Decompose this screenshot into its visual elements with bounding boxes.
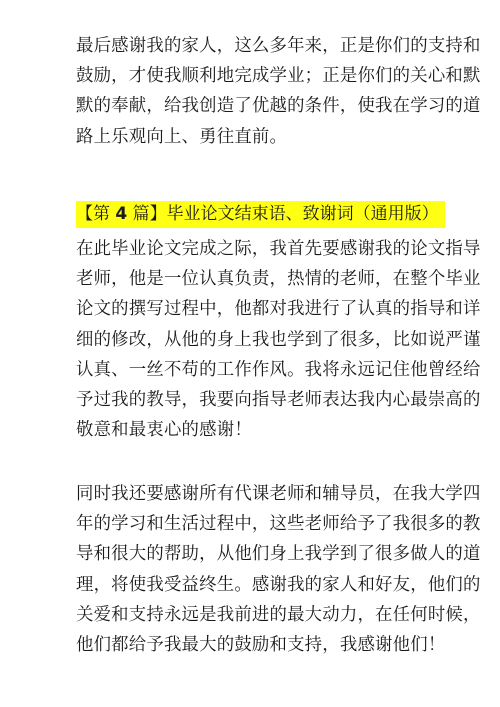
- text-line: 同时我还要感谢所有代课老师和辅导员，在我大学四: [76, 479, 428, 509]
- document-page: 最后感谢我的家人，这么多年来，正是你们的支持和 鼓励，才使我顺利地完成学业；正是…: [0, 0, 500, 707]
- text-line: 路上乐观向上、勇往直前。: [76, 122, 428, 152]
- text-line: 导和很大的帮助，从他们身上我学到了很多做人的道: [76, 539, 428, 569]
- paragraph-family-thanks: 最后感谢我的家人，这么多年来，正是你们的支持和 鼓励，才使我顺利地完成学业；正是…: [76, 31, 428, 152]
- text-line: 在此毕业论文完成之际，我首先要感谢我的论文指导: [76, 234, 428, 264]
- text-line: 认真、一丝不苟的工作作风。我将永远记住他曾经给: [76, 355, 428, 385]
- text-line: 敬意和最衷心的感谢！: [76, 415, 428, 445]
- text-line: 理，将使我受益终生。感谢我的家人和好友，他们的: [76, 570, 428, 600]
- text-line: 他们都给予我最大的鼓励和支持，我感谢他们！: [76, 630, 428, 660]
- heading-title: 毕业论文结束语、致谢词（通用版）: [167, 204, 439, 224]
- paragraph-advisor-thanks: 在此毕业论文完成之际，我首先要感谢我的论文指导 老师，他是一位认真负责，热情的老…: [76, 234, 428, 445]
- heading-bracket-open: 【第: [76, 204, 115, 224]
- section-heading: 【第 4 篇】毕业论文结束语、致谢词（通用版）: [76, 201, 445, 228]
- heading-number: 4: [115, 204, 127, 224]
- text-line: 年的学习和生活过程中，这些老师给予了我很多的教: [76, 509, 428, 539]
- text-line: 鼓励，才使我顺利地完成学业；正是你们的关心和默: [76, 61, 428, 91]
- text-line: 细的修改，从他的身上我也学到了很多，比如说严谨: [76, 325, 428, 355]
- text-line: 默的奉献，给我创造了优越的条件，使我在学习的道: [76, 91, 428, 121]
- text-line: 最后感谢我的家人，这么多年来，正是你们的支持和: [76, 31, 428, 61]
- paragraph-teachers-thanks: 同时我还要感谢所有代课老师和辅导员，在我大学四 年的学习和生活过程中，这些老师给…: [76, 479, 428, 660]
- text-line: 论文的撰写过程中，他都对我进行了认真的指导和详: [76, 294, 428, 324]
- text-line: 予过我的教导，我要向指导老师表达我内心最崇高的: [76, 385, 428, 415]
- text-line: 关爱和支持永远是我前进的最大动力，在任何时候，: [76, 600, 428, 630]
- text-line: 老师，他是一位认真负责，热情的老师，在整个毕业: [76, 264, 428, 294]
- heading-bracket-close: 篇】: [127, 204, 166, 224]
